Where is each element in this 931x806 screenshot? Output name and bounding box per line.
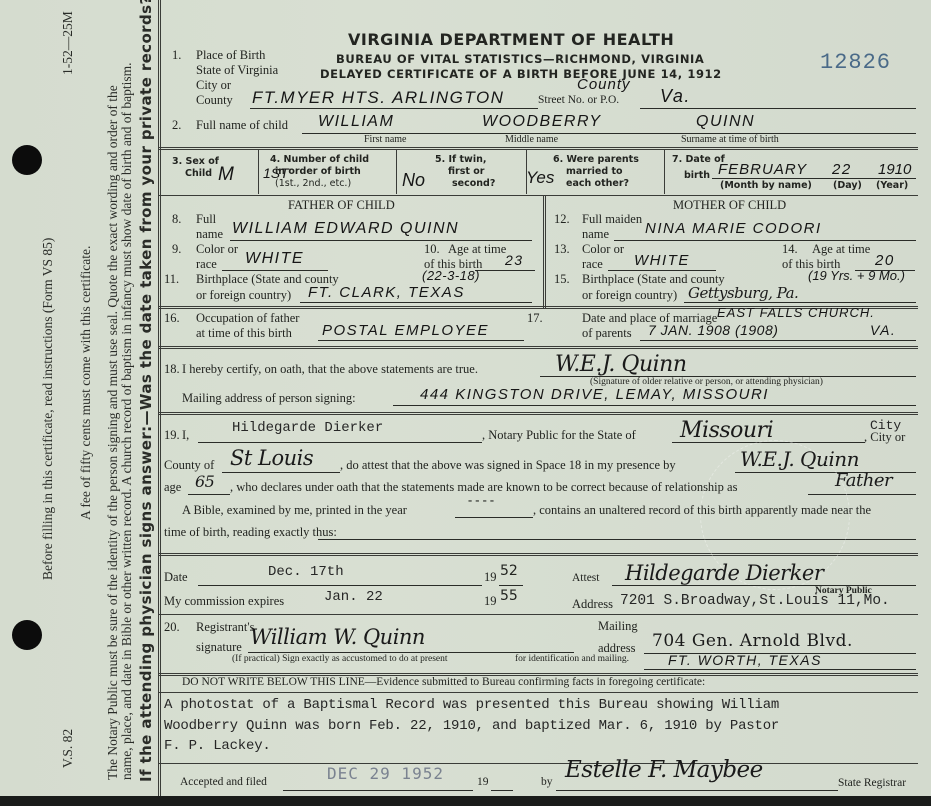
- attest-signature[interactable]: Hildegarde Dierker: [625, 561, 823, 585]
- father-birthplace-underline: [300, 302, 532, 303]
- fee-notice: A fee of fifty cents must come with this…: [78, 246, 94, 520]
- item20-label: Registrant's: [196, 620, 255, 635]
- department-title: VIRGINIA DEPARTMENT OF HEALTH: [348, 30, 674, 49]
- mailing-underline-2: [644, 669, 916, 670]
- item1-number: 1.: [172, 48, 181, 63]
- county-value[interactable]: St Louis: [230, 446, 313, 470]
- scan-bottom-edge: [0, 796, 931, 806]
- evidence-line-2: Woodberry Quinn was born Feb. 22, 1910, …: [164, 718, 779, 734]
- father-birthplace-value[interactable]: FT. CLARK, TEXAS: [308, 284, 465, 301]
- item16-label2: at time of this birth: [196, 326, 292, 341]
- item1-label: Place of Birth: [196, 48, 265, 63]
- item12-number: 12.: [554, 212, 570, 227]
- item16-label: Occupation of father: [196, 311, 299, 326]
- accepted-year-underline: [491, 790, 513, 791]
- birth-order-value[interactable]: 1ST: [263, 165, 289, 181]
- attest-label: Attest: [572, 572, 599, 584]
- married-value[interactable]: Yes: [526, 168, 554, 188]
- punch-hole: [12, 620, 42, 650]
- birth-date-underline: [712, 178, 916, 179]
- child-middle-name[interactable]: WOODBERRY: [482, 113, 602, 131]
- item1-label-county: County: [196, 93, 233, 108]
- item16-number: 16.: [164, 311, 180, 326]
- commission-label: My commission expires: [164, 594, 284, 609]
- divider: [158, 346, 918, 349]
- item9-label2: race: [196, 257, 217, 272]
- marriage-state-value[interactable]: VA.: [870, 322, 896, 338]
- item2-number: 2.: [172, 118, 181, 133]
- item5-label2: first or: [448, 166, 484, 178]
- registrant-signature-caption: (If practical) Sign exactly as accustome…: [232, 654, 448, 664]
- birth-day[interactable]: 22: [832, 161, 852, 178]
- birthplace-city-value[interactable]: FT.MYER HTS. ARLINGTON: [252, 88, 504, 108]
- day-caption: (Day): [833, 180, 862, 192]
- mother-age-note: (19 Yrs. + 9 Mo.): [808, 268, 905, 283]
- parents-divider: [543, 196, 546, 308]
- date-year-prefix: 19: [484, 570, 497, 585]
- item20-label2: signature: [196, 640, 242, 655]
- street-label: Street No. or P.O.: [538, 94, 619, 106]
- item1-label-state: State of Virginia: [196, 63, 278, 78]
- item10-label: Age at time: [448, 242, 506, 257]
- item5-label3: second?: [452, 178, 495, 190]
- registrar-title: State Registrar: [838, 777, 906, 789]
- item18-address-label: Mailing address of person signing:: [182, 391, 356, 406]
- form-number: V.S. 82: [60, 729, 76, 768]
- item13-number: 13.: [554, 242, 570, 257]
- mother-name-underline: [614, 240, 916, 241]
- divider: [158, 147, 918, 150]
- item12-label: Full maiden: [582, 212, 642, 227]
- item19-i-label: I,: [182, 428, 189, 443]
- child-surname[interactable]: QUINN: [696, 113, 755, 131]
- year-caption: (Year): [876, 180, 908, 192]
- mother-race-value[interactable]: WHITE: [634, 252, 690, 269]
- item18-address-underline: [393, 405, 916, 406]
- bureau-subtitle: BUREAU OF VITAL STATISTICS—RICHMOND, VIR…: [336, 52, 704, 66]
- form-instructions: Before filling in this certificate, read…: [40, 238, 56, 580]
- item14-number: 14.: [782, 242, 798, 257]
- accepted-date-stamp: DEC 29 1952: [327, 764, 444, 783]
- item7-label2: birth: [684, 170, 710, 182]
- mother-race-underline: [608, 270, 716, 271]
- attest-text: , do attest that the above was signed in…: [340, 458, 676, 473]
- notary-name-underline: [198, 442, 482, 443]
- notary-name-value[interactable]: Hildegarde Dierker: [232, 420, 383, 436]
- notary-instructions-line2: name, place, and date in Bible or other …: [119, 62, 135, 780]
- punch-hole: [12, 145, 42, 175]
- item8-number: 8.: [172, 212, 181, 227]
- surname-caption: Surname at time of birth: [681, 134, 779, 145]
- divider: [664, 150, 665, 194]
- bible-year-underline: [455, 517, 533, 518]
- divider: [158, 692, 918, 693]
- item17-number: 17.: [527, 311, 543, 326]
- date-underline: [198, 585, 482, 586]
- item1-label-city: City or: [196, 78, 231, 93]
- item7-label: 7. Date of: [672, 154, 725, 166]
- item15-label2: or foreign country): [582, 288, 677, 303]
- bible-text-3: time of birth, reading exactly thus:: [164, 525, 337, 540]
- commission-year-prefix: 19: [484, 594, 497, 609]
- item5-label: 5. If twin,: [435, 154, 486, 166]
- marriage-underline: [640, 340, 916, 341]
- item3-label2: Child: [185, 168, 212, 180]
- divider: [158, 763, 918, 764]
- item8-label: Full: [196, 212, 216, 227]
- mailing-label-2: address: [598, 641, 636, 656]
- accepted-year-prefix: 19: [477, 776, 489, 788]
- item9-label: Color or: [196, 242, 238, 257]
- item10-number: 10.: [424, 242, 440, 257]
- by-label: by: [541, 776, 553, 788]
- father-race-value[interactable]: WHITE: [245, 250, 304, 268]
- item20-number: 20.: [164, 620, 180, 635]
- divider: [158, 614, 918, 615]
- mother-name-value[interactable]: NINA MARIE CODORI: [645, 220, 822, 237]
- item12-label2: name: [582, 227, 609, 242]
- divider: [158, 195, 918, 196]
- notary-state-label: , Notary Public for the State of: [482, 428, 636, 443]
- item6-label: 6. Were parents: [553, 154, 639, 166]
- mailing-label: Mailing: [598, 619, 638, 634]
- item6-label3: each other?: [566, 178, 629, 190]
- item8-label2: name: [196, 227, 223, 242]
- age-underline: [188, 494, 230, 495]
- item18-signature[interactable]: W.E.J. Quinn: [555, 352, 687, 377]
- notary-address-label: Address: [572, 597, 613, 612]
- notary-address-value[interactable]: 7201 S.Broadway,St.Louis 11,Mo.: [620, 593, 890, 609]
- notary-date-value[interactable]: Dec. 17th: [268, 564, 344, 580]
- mother-age-value[interactable]: 20: [875, 252, 895, 269]
- county-underline: [222, 472, 340, 473]
- item9-number: 9.: [172, 242, 181, 257]
- father-name-value[interactable]: WILLIAM EDWARD QUINN: [232, 220, 459, 238]
- physician-question: If the attending physician signs answer:…: [137, 0, 155, 782]
- mother-heading: MOTHER OF CHILD: [673, 198, 786, 213]
- father-occupation-value[interactable]: POSTAL EMPLOYEE: [322, 322, 489, 339]
- item18-number: 18.: [164, 362, 180, 377]
- mother-birthplace-underline: [684, 302, 916, 303]
- age-value[interactable]: 65: [195, 472, 214, 491]
- item15-number: 15.: [554, 272, 570, 287]
- street-value[interactable]: Va.: [660, 86, 691, 107]
- mother-birthplace-value[interactable]: Gettysburg, Pa.: [688, 284, 798, 302]
- birth-month[interactable]: FEBRUARY: [718, 161, 807, 178]
- birthplace-county-handwritten: County: [577, 76, 631, 93]
- street-underline: [640, 108, 916, 109]
- item11-label2: or foreign country): [196, 288, 291, 303]
- item19-number: 19.: [164, 428, 180, 443]
- month-caption: (Month by name): [720, 180, 812, 192]
- place-underline: [250, 108, 538, 109]
- commission-value[interactable]: Jan. 22: [324, 589, 383, 605]
- mailing-line-2[interactable]: FT. WORTH, TEXAS: [668, 652, 822, 668]
- marriage-date-value[interactable]: 7 JAN. 1908 (1908): [648, 322, 778, 338]
- item18-statement: I hereby certify, on oath, that the abov…: [182, 362, 478, 377]
- first-name-caption: First name: [364, 134, 407, 145]
- father-name-underline: [230, 240, 532, 241]
- bible-year-value[interactable]: - - - -: [468, 493, 494, 508]
- registrant-signature[interactable]: William W. Quinn: [250, 625, 425, 649]
- father-race-underline: [222, 270, 328, 271]
- date-label: Date: [164, 570, 188, 585]
- item18-address-value[interactable]: 444 KINGSTON DRIVE, LEMAY, MISSOURI: [420, 386, 769, 403]
- evidence-line-3: F. P. Lackey.: [164, 738, 271, 754]
- item13-label: Color or: [582, 242, 624, 257]
- father-age-underline: [475, 270, 535, 271]
- item3-label: 3. Sex of: [172, 156, 219, 168]
- child-first-name[interactable]: WILLIAM: [318, 113, 394, 131]
- date-year-underline: [499, 585, 523, 586]
- city-or-label: , City or: [864, 430, 905, 445]
- item2-label: Full name of child: [196, 118, 288, 133]
- item6-label2: married to: [566, 166, 623, 178]
- occupation-underline: [318, 340, 524, 341]
- age-label: age: [164, 480, 181, 495]
- bureau-heading: DO NOT WRITE BELOW THIS LINE—Evidence su…: [182, 676, 705, 688]
- commission-year[interactable]: 55: [500, 588, 518, 604]
- twin-value[interactable]: No: [402, 170, 425, 191]
- accepted-underline: [283, 790, 473, 791]
- notary-state-value[interactable]: Missouri: [680, 418, 773, 443]
- divider: [158, 412, 918, 415]
- form-code: 1-52—25M: [60, 11, 76, 75]
- notary-date-year[interactable]: 52: [500, 563, 518, 579]
- registrant-signature-underline: [248, 652, 574, 653]
- evidence-line-1: A photostat of a Baptismal Record was pr…: [164, 697, 779, 713]
- certificate-number: 12826: [820, 50, 891, 75]
- item11-number: 11.: [164, 272, 179, 287]
- accepted-label: Accepted and filed: [180, 776, 267, 788]
- bible-text: A Bible, examined by me, printed in the …: [182, 503, 407, 518]
- father-heading: FATHER OF CHILD: [288, 198, 395, 213]
- marriage-place-value[interactable]: EAST FALLS CHURCH.: [717, 305, 875, 320]
- registrar-underline: [556, 790, 838, 791]
- item17-label2: of parents: [582, 326, 632, 341]
- item13-label2: race: [582, 257, 603, 272]
- father-age-value[interactable]: 23: [505, 252, 524, 268]
- county-label: County of: [164, 458, 214, 473]
- registrar-signature: Estelle F. Maybee: [565, 757, 763, 783]
- certificate-type: DELAYED CERTIFICATE OF A BIRTH BEFORE JU…: [320, 67, 722, 81]
- divider: [258, 150, 259, 194]
- divider: [396, 150, 397, 194]
- father-age-note: (22-3-18): [422, 268, 480, 283]
- birth-year[interactable]: 1910: [878, 161, 911, 178]
- mailing-line-1[interactable]: 704 Gen. Arnold Blvd.: [652, 631, 853, 651]
- middle-name-caption: Middle name: [505, 134, 558, 145]
- item14-label: Age at time: [812, 242, 870, 257]
- sex-value[interactable]: M: [218, 164, 235, 186]
